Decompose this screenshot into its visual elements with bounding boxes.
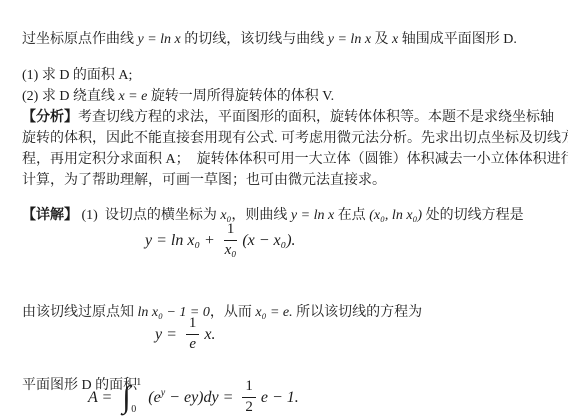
math-run: A =: [88, 387, 116, 408]
math-run: (ey − ey)dy =: [148, 387, 237, 408]
fraction-numerator: 1: [242, 378, 256, 397]
text-run: 旋转的体积，因此不能直接套用现有公式. 可考虑用微元法分析。先求出切点坐标及切线…: [22, 131, 568, 146]
fraction: 12: [242, 378, 256, 416]
math-run: (x − x₀).: [242, 230, 295, 251]
math-run: x.: [204, 324, 215, 345]
text-run: (1) 求 D 的面积 A;: [22, 68, 132, 83]
integral-sign: ∫10: [120, 378, 146, 416]
text-run: 由该切线过原点知: [22, 305, 138, 320]
math-run: e − 1.: [261, 387, 299, 408]
fraction-numerator: 1: [186, 315, 200, 334]
integral-glyph: ∫: [122, 378, 131, 416]
text-run: 在点: [334, 208, 369, 223]
integrand-open: (e: [148, 389, 160, 406]
math-run: y = ln x: [328, 32, 371, 47]
fraction-denominator: 2: [245, 398, 253, 416]
text-run: (1) 设切点的横坐标为: [78, 208, 220, 223]
math-run: (x₀, ln x₀): [369, 208, 422, 223]
integral-upper-limit: 1: [136, 378, 141, 388]
text-run: 过坐标原点作曲线: [22, 32, 138, 47]
text-run: 及: [371, 32, 392, 47]
document-page: 过坐标原点作曲线 y = ln x 的切线，该切线与曲线 y = ln x 及 …: [0, 0, 568, 417]
text-run: ，从而: [210, 305, 256, 320]
fraction-denominator: e: [189, 335, 196, 353]
text-run: 旋转一周所得旋转体的体积 V.: [147, 89, 334, 104]
integral-lower-limit: 0: [131, 405, 136, 415]
analysis-label: 【分析】: [22, 110, 78, 125]
text-run: 所以该切线的方程为: [293, 305, 423, 320]
fraction-numerator: 1: [224, 221, 238, 240]
text-run: 的切线，该切线与曲线: [181, 32, 328, 47]
math-run: y = ln x: [138, 32, 181, 47]
origin-condition-line: 由该切线过原点知 ln x₀ − 1 = 0，从而 x₀ = e. 所以该切线的…: [8, 281, 560, 302]
math-run: x = e: [118, 89, 147, 104]
fraction: 1x₀: [224, 221, 238, 259]
fraction: 1e: [186, 315, 200, 353]
math-run: x₀ = e.: [255, 305, 292, 320]
integrand-rest: − ey)dy =: [165, 389, 237, 406]
text-run: 程，再用定积分求面积 A； 旋转体体积可用一大立体（圆锥）体积减去一小立体体积进…: [22, 152, 568, 167]
text-run: ，则曲线: [231, 208, 291, 223]
problem-statement: 过坐标原点作曲线 y = ln x 的切线，该切线与曲线 y = ln x 及 …: [8, 8, 560, 29]
area-label-line: 平面图形 D 的面积: [8, 354, 560, 375]
math-run: y = ln x: [291, 208, 334, 223]
math-run: y =: [155, 324, 181, 345]
text-run: 轴围成平面图形 D.: [398, 32, 517, 47]
text-run: 处的切线方程是: [422, 208, 524, 223]
text-run: 考查切线方程的求法，平面图形的面积，旋转体体积等。本题不是求绕坐标轴: [78, 110, 554, 125]
text-run: 计算，为了帮助理解，可画一草图；也可由微元法直接求。: [22, 173, 386, 188]
math-run: y = ln x₀ +: [145, 230, 219, 251]
text-run: (2) 求 D 绕直线: [22, 89, 118, 104]
fraction-denominator: x₀: [225, 241, 237, 259]
solution-label: 【详解】: [22, 208, 78, 223]
